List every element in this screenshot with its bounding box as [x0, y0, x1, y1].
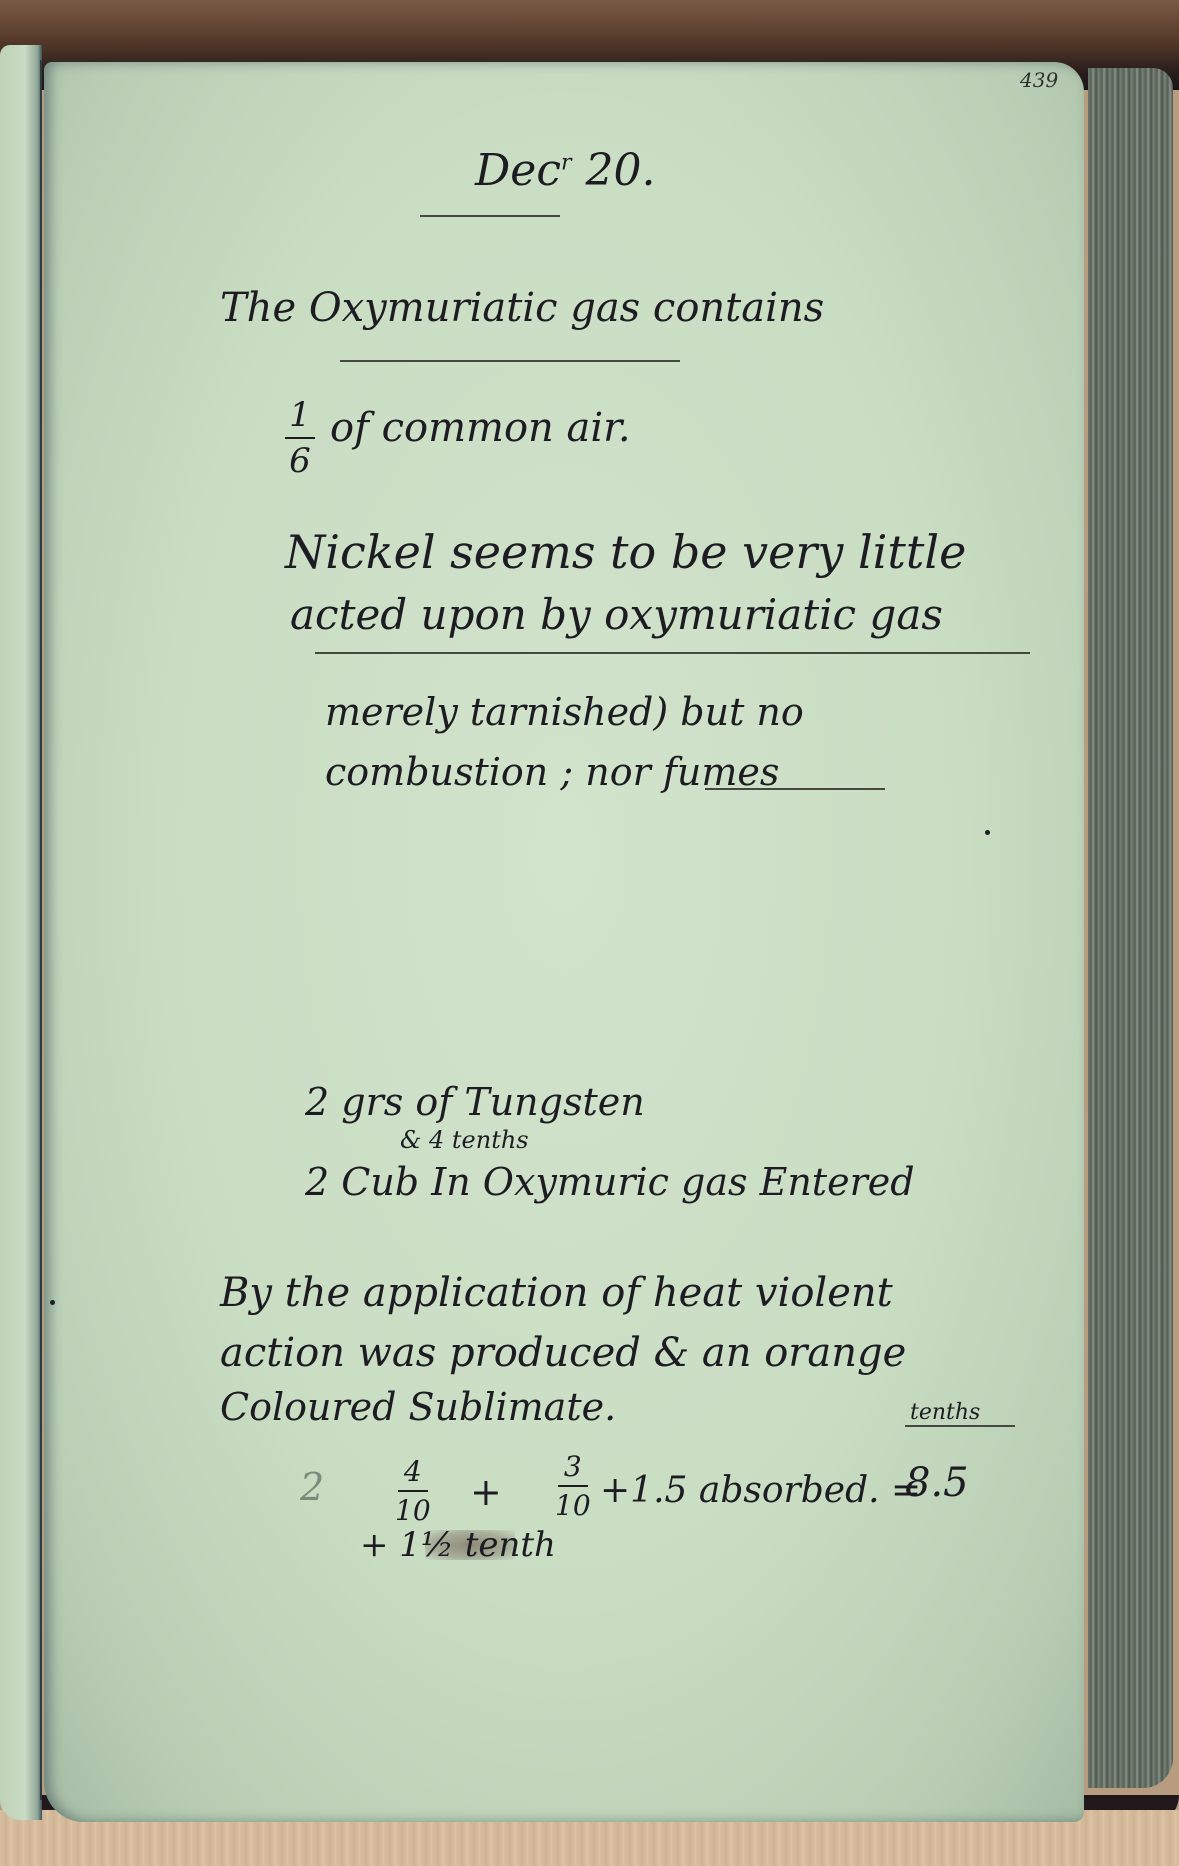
- calc-frac2-bar: [558, 1485, 588, 1487]
- calc-frac2-num: 3: [564, 1450, 582, 1483]
- tungsten-superscript: & 4 tenths: [400, 1126, 529, 1154]
- nickel-line-3: merely tarnished) but no: [325, 690, 804, 734]
- left-page-edge: [0, 45, 42, 1820]
- nickel-underline: [315, 652, 1030, 654]
- tenths-overline: [905, 1425, 1015, 1427]
- tungsten-gas: Oxymuric gas Entered: [483, 1160, 915, 1204]
- calc-result: 8.5: [905, 1460, 969, 1506]
- oxymuriatic-underline: [340, 360, 680, 362]
- date-day: 20.: [586, 145, 656, 196]
- entry-date: Decr 20.: [475, 145, 655, 196]
- calc-result-unit: tenths: [910, 1400, 980, 1425]
- calc-struck-line: + 1½ tenth: [360, 1525, 556, 1565]
- fraction-one-sixth: 1 6: [285, 395, 315, 481]
- page-block-edges: [1088, 68, 1173, 1788]
- calc-whole: 2: [300, 1465, 324, 1509]
- margin-dot: [50, 1300, 55, 1305]
- tungsten-line-2: 2 Cub In & 4 tenths Oxymuric gas Entered: [305, 1160, 915, 1204]
- fraction-numerator: 1: [289, 395, 311, 435]
- tungsten-line-1: 2 grs of Tungsten: [305, 1080, 645, 1124]
- fumes-underline: [705, 788, 885, 790]
- heat-line-2: action was produced & an orange: [220, 1330, 906, 1376]
- oxymuriatic-line-1: The Oxymuriatic gas contains: [220, 285, 824, 331]
- calc-fraction-1: 4 10: [395, 1455, 431, 1527]
- date-suffix: r: [561, 150, 572, 175]
- ink-dot: [985, 830, 990, 835]
- calc-frac1-den: 10: [395, 1494, 431, 1527]
- date-month: Dec: [475, 145, 561, 196]
- fraction-bar: [285, 437, 315, 439]
- calc-frac2-den: 10: [555, 1489, 591, 1522]
- tungsten-volume: 2 Cub In: [305, 1160, 471, 1204]
- heat-line-1: By the application of heat violent: [220, 1270, 893, 1316]
- heat-line-3: Coloured Sublimate.: [220, 1385, 616, 1429]
- fraction-denominator: 6: [289, 441, 311, 481]
- calc-absorbed: +1.5 absorbed. =: [600, 1470, 921, 1511]
- calc-frac1-bar: [398, 1490, 428, 1492]
- date-underline: [420, 215, 560, 217]
- nickel-line-1: Nickel seems to be very little: [285, 525, 966, 579]
- calc-frac1-num: 4: [404, 1455, 422, 1488]
- nickel-line-2: acted upon by oxymuriatic gas: [290, 590, 943, 639]
- oxymuriatic-line-2: of common air.: [330, 405, 631, 451]
- page-number: 439: [1020, 68, 1058, 92]
- calc-fraction-2: 3 10: [555, 1450, 591, 1522]
- gutter-line: [40, 60, 42, 1800]
- calc-plus: +: [470, 1470, 502, 1514]
